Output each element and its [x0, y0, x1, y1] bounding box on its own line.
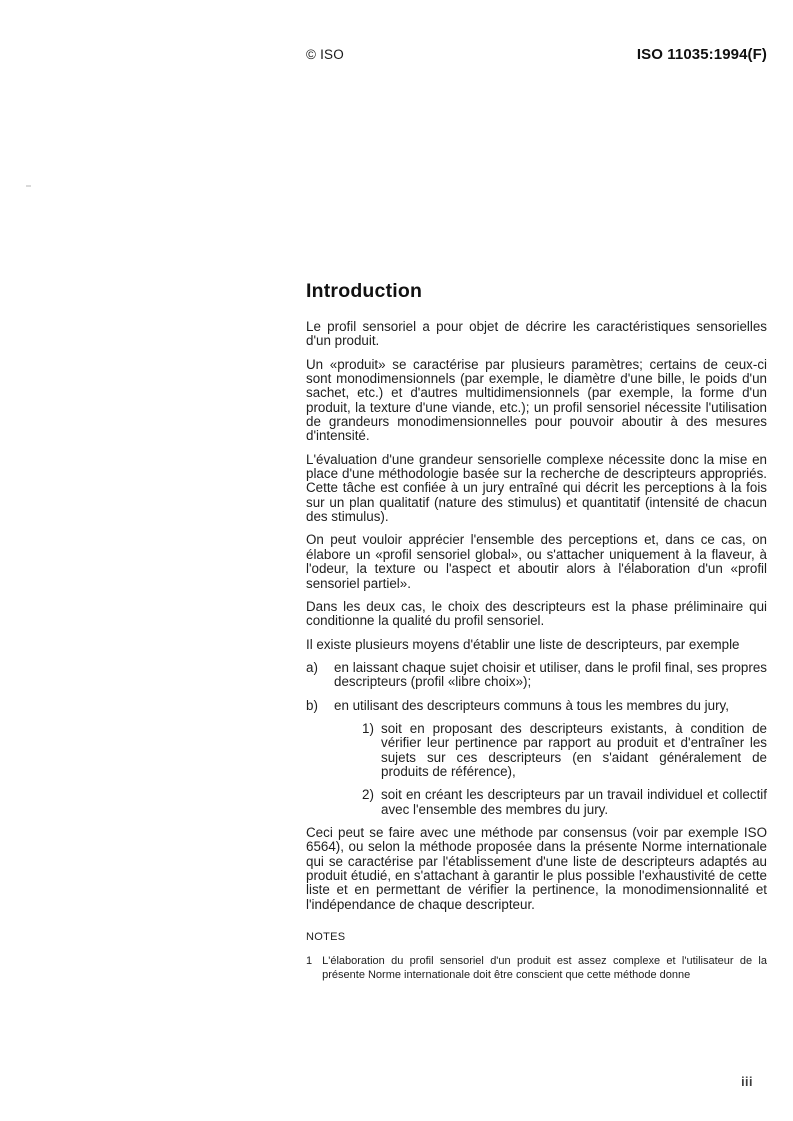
intro-paragraph-2: Un «produit» se caractérise par plusieur… [306, 358, 767, 444]
intro-paragraph-5: Dans les deux cas, le choix des descript… [306, 600, 767, 629]
closing-paragraph: Ceci peut se faire avec une méthode par … [306, 826, 767, 912]
intro-paragraph-4: On peut vouloir apprécier l'ensemble des… [306, 533, 767, 590]
document-reference: ISO 11035:1994(F) [637, 46, 767, 63]
sublist-item-1-label: 1) [362, 722, 381, 779]
note-item-1-number: 1 [306, 954, 312, 983]
copyright-label: © ISO [306, 47, 344, 62]
sublist-item-2: 2) soit en créant les descripteurs par u… [306, 788, 767, 817]
notes-heading: NOTES [306, 930, 767, 944]
page-header: © ISO ISO 11035:1994(F) [306, 46, 767, 63]
list-item-a-label: a) [306, 661, 334, 690]
page-number: iii [741, 1075, 753, 1089]
list-item-b: b) en utilisant des descripteurs communs… [306, 699, 767, 713]
sublist-item-1-text: soit en proposant des descripteurs exist… [381, 722, 767, 779]
list-item-a-text: en laissant chaque sujet choisir et util… [334, 661, 767, 690]
note-item-1: 1 L'élaboration du profil sensoriel d'un… [306, 954, 767, 983]
sublist-item-2-label: 2) [362, 788, 381, 817]
list-item-b-label: b) [306, 699, 334, 713]
intro-paragraph-3: L'évaluation d'une grandeur sensorielle … [306, 453, 767, 525]
note-item-1-text: L'élaboration du profil sensoriel d'un p… [322, 954, 767, 983]
sublist-item-1: 1) soit en proposant des descripteurs ex… [306, 722, 767, 779]
list-item-b-text: en utilisant des descripteurs communs à … [334, 699, 767, 713]
intro-paragraph-1: Le profil sensoriel a pour objet de décr… [306, 320, 767, 349]
document-page: © ISO ISO 11035:1994(F) Introduction Le … [0, 0, 793, 1121]
intro-paragraph-6: Il existe plusieurs moyens d'établir une… [306, 638, 767, 652]
sublist-item-2-text: soit en créant les descripteurs par un t… [381, 788, 767, 817]
intro-title: Introduction [306, 281, 767, 302]
main-content: Introduction Le profil sensoriel a pour … [306, 281, 767, 983]
list-item-a: a) en laissant chaque sujet choisir et u… [306, 661, 767, 690]
scan-artifact-mark [26, 185, 31, 187]
